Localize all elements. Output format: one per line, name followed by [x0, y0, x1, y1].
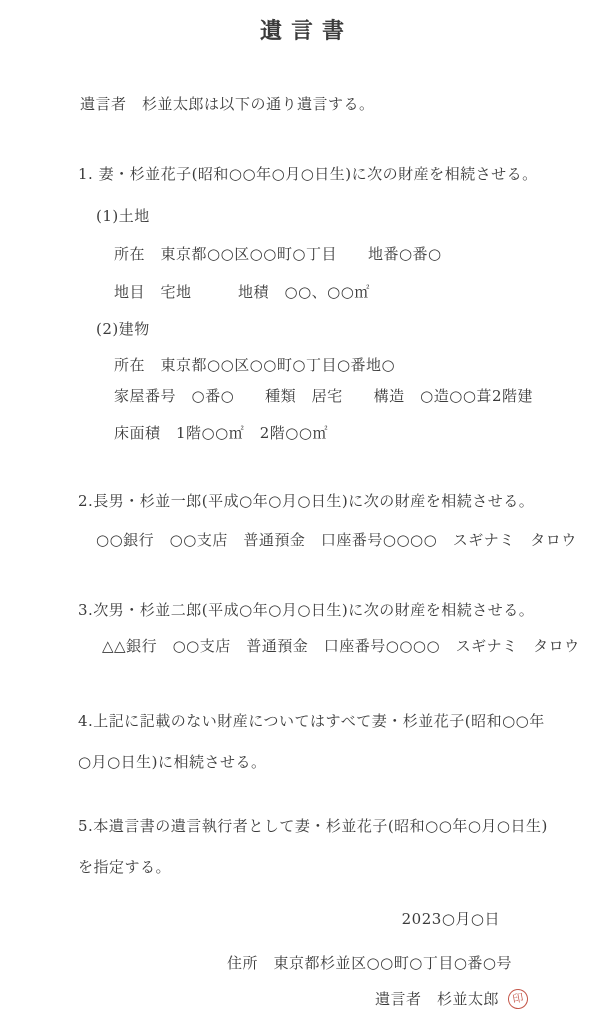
item-1-land-category: 地目 宅地 地積 ○○、○○㎡	[114, 281, 370, 303]
item-2-bank-account: ○○銀行 ○○支店 普通預金 口座番号○○○○ スギナミ タロウ	[96, 529, 577, 551]
signature-row: 遺言者 杉並太郎 印	[375, 988, 528, 1010]
item-4-residual-assets-clause: 4.上記に記載のない財産についてはすべて妻・杉並花子(昭和○○年○月○日生)に相…	[78, 701, 550, 783]
address-line: 住所 東京都杉並区○○町○丁目○番○号	[227, 952, 512, 974]
will-document-page: 遺言書 遺言者 杉並太郎は以下の通り遺言する。 1. 妻・杉並花子(昭和○○年○…	[0, 0, 604, 1024]
item-1-heading: 1. 妻・杉並花子(昭和○○年○月○日生)に次の財産を相続させる。	[78, 163, 538, 185]
document-title: 遺言書	[0, 14, 604, 45]
item-3-bank-account: △△銀行 ○○支店 普通預金 口座番号○○○○ スギナミ タロウ	[102, 635, 580, 657]
hanko-seal-icon: 印	[506, 987, 529, 1010]
item-2-heading: 2.長男・杉並一郎(平成○年○月○日生)に次の財産を相続させる。	[78, 490, 534, 512]
date-line: 2023○月○日	[402, 908, 500, 930]
item-1-building-floor-area: 床面積 1階○○㎡ 2階○○㎡	[114, 422, 328, 444]
item-3-heading: 3.次男・杉並二郎(平成○年○月○日生)に次の財産を相続させる。	[78, 599, 534, 621]
item-1-building-location: 所在 東京都○○区○○町○丁目○番地○	[114, 354, 395, 376]
item-1-land-label: (1)土地	[96, 205, 150, 227]
item-5-executor-clause: 5.本遺言書の遺言執行者として妻・杉並花子(昭和○○年○月○日生)を指定する。	[78, 806, 558, 888]
item-1-building-details: 家屋番号 ○番○ 種類 居宅 構造 ○造○○葺2階建	[114, 385, 533, 407]
item-1-land-location: 所在 東京都○○区○○町○丁目 地番○番○	[114, 243, 442, 265]
testator-declaration: 遺言者 杉並太郎は以下の通り遺言する。	[80, 93, 375, 115]
testator-signature: 遺言者 杉並太郎	[375, 988, 499, 1010]
item-1-building-label: (2)建物	[96, 318, 150, 340]
